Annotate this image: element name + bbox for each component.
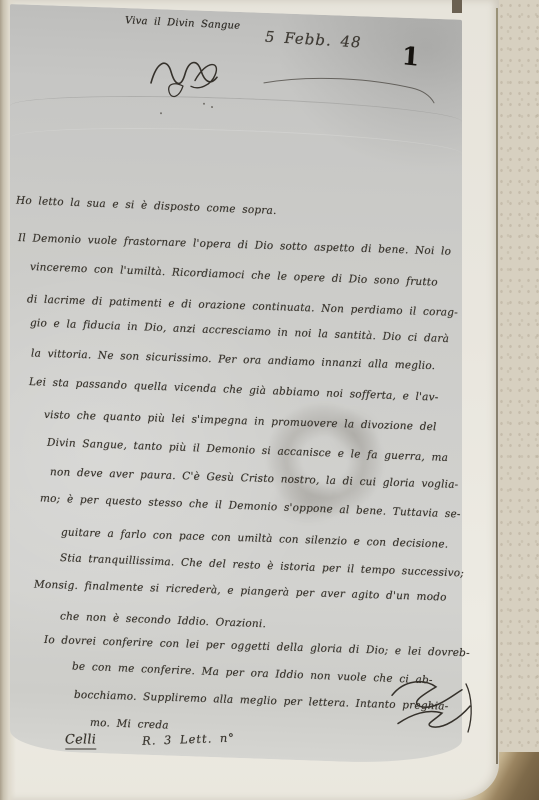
handwriting-line: gio e la fiducia in Dio, anzi accresciam… — [30, 317, 449, 345]
date-annotation: 5 Febb. 48 — [265, 28, 362, 52]
photo-plate: Viva il Divin Sangue 5 Febb. 48 1 Ho let… — [10, 4, 462, 766]
archival-note: R. 3 Lett. n° — [142, 731, 236, 748]
book-photo-page: { "document": { "description": "Facsimil… — [0, 0, 539, 800]
handwriting-line: Io dovrei conferire con lei per oggetti … — [44, 634, 470, 659]
ink-stain — [250, 384, 400, 541]
page-edge-notch — [452, 0, 462, 13]
handwriting-line: guitare a farlo con pace con umiltà con … — [61, 526, 448, 550]
ink-speck — [211, 106, 213, 108]
plate-number: 1 — [401, 41, 421, 72]
ink-speck — [203, 103, 205, 105]
handwriting-line: vinceremo con l'umiltà. Ricordiamoci che… — [30, 261, 438, 289]
handwriting-line: be con me conferire. Ma per ora Iddio no… — [72, 661, 433, 687]
signature-flourish — [382, 669, 478, 740]
handwriting-line: mo; è per questo stesso che il Demonio s… — [40, 492, 461, 520]
handwriting-line: che non è secondo Iddio. Orazioni. — [60, 610, 266, 630]
handwriting-line: Il Demonio vuole frastornare l'opera di … — [18, 232, 451, 258]
handwriting-line: Monsig. finalmente si ricrederà, e piang… — [34, 579, 447, 604]
handwriting-line: di lacrime di patimenti e di orazione co… — [27, 293, 458, 319]
next-page-edge — [497, 0, 539, 800]
page-fore-edge — [496, 8, 498, 764]
footer-word: Celli — [65, 732, 97, 749]
ink-speck — [160, 112, 162, 114]
handwriting-line: mo. Mi creda — [90, 717, 169, 732]
handwriting-line: Lei sta passando quella vicenda che già … — [29, 376, 439, 404]
handwriting-line: Stia tranquillissima. Che del resto è is… — [60, 552, 464, 580]
motto-inscription: Viva il Divin Sangue — [125, 15, 240, 32]
handwriting-line: la vittoria. Ne son sicurissimo. Per ora… — [31, 347, 435, 372]
monogram-flourish — [145, 49, 233, 102]
handwriting-line: Ho letto la sua e si è disposto come sop… — [16, 195, 277, 217]
